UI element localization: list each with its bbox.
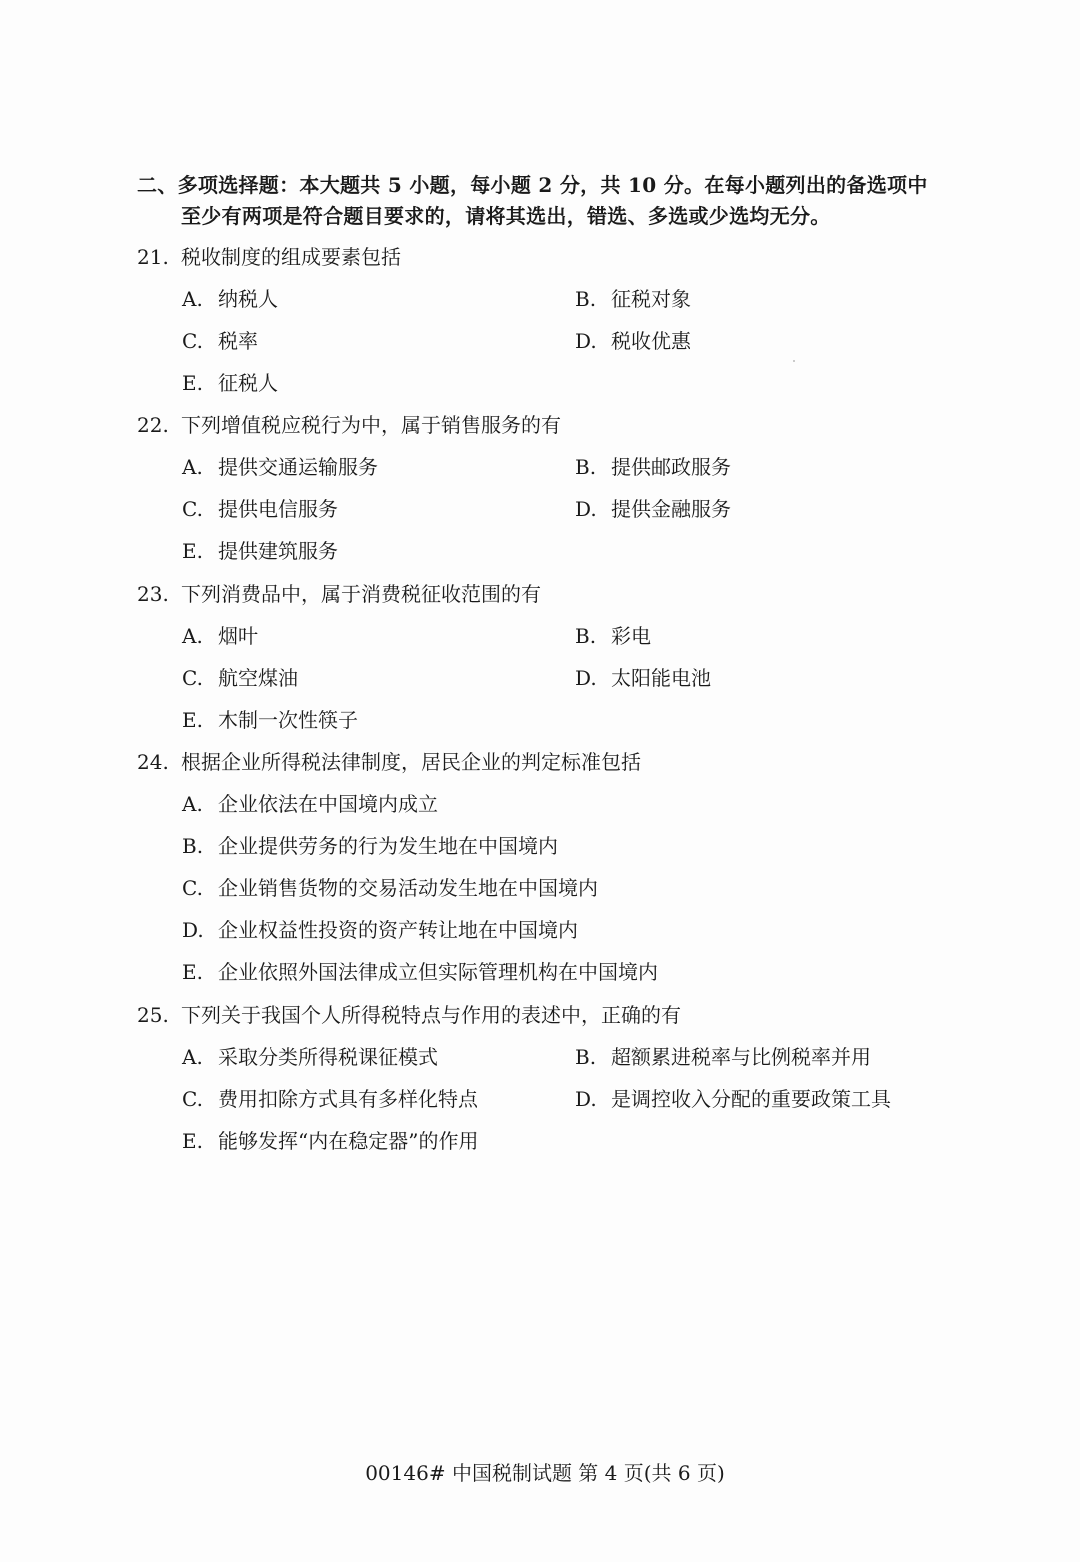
option-c: C.提供电信服务	[182, 488, 575, 530]
scan-speck	[793, 360, 795, 362]
option-b: B.征税对象	[575, 278, 691, 320]
question-stem: 22.下列增值税应税行为中，属于销售服务的有	[137, 404, 977, 446]
question-22: 22.下列增值税应税行为中，属于销售服务的有 A.提供交通运输服务 B.提供邮政…	[137, 404, 977, 572]
question-number: 23.	[137, 573, 181, 615]
page-footer: 00146# 中国税制试题 第 4 页(共 6 页)	[0, 1458, 1080, 1488]
option-b: B.企业提供劳务的行为发生地在中国境内	[182, 825, 972, 867]
option-c: C.企业销售货物的交易活动发生地在中国境内	[182, 867, 972, 909]
question-number: 22.	[137, 404, 181, 446]
option-c: C.税率	[182, 320, 575, 362]
option-d: D.企业权益性投资的资产转让地在中国境内	[182, 909, 972, 951]
question-stem: 24.根据企业所得税法律制度，居民企业的判定标准包括	[137, 741, 977, 783]
option-d: D.税收优惠	[575, 320, 691, 362]
option-c: C.航空煤油	[182, 657, 575, 699]
option-a: A.烟叶	[182, 615, 575, 657]
question-number: 21.	[137, 236, 181, 278]
option-e: E.企业依照外国法律成立但实际管理机构在中国境内	[182, 951, 972, 993]
option-b: B.彩电	[575, 615, 651, 657]
option-a: A.纳税人	[182, 278, 575, 320]
option-d: D.太阳能电池	[575, 657, 711, 699]
option-e: E.提供建筑服务	[182, 530, 972, 572]
question-23: 23.下列消费品中，属于消费税征收范围的有 A.烟叶 B.彩电 C.航空煤油 D…	[137, 573, 977, 741]
question-25: 25.下列关于我国个人所得税特点与作用的表述中，正确的有 A.采取分类所得税课征…	[137, 994, 977, 1162]
question-number: 25.	[137, 994, 181, 1036]
question-24: 24.根据企业所得税法律制度，居民企业的判定标准包括 A.企业依法在中国境内成立…	[137, 741, 977, 993]
option-e: E.征税人	[182, 362, 972, 404]
question-stem: 23.下列消费品中，属于消费税征收范围的有	[137, 573, 977, 615]
question-text: 根据企业所得税法律制度，居民企业的判定标准包括	[181, 750, 641, 774]
question-stem: 21.税收制度的组成要素包括	[137, 236, 977, 278]
section-header-line1: 二、多项选择题：本大题共 5 小题，每小题 2 分，共 10 分。在每小题列出的…	[137, 173, 928, 197]
option-a: A.采取分类所得税课征模式	[182, 1036, 575, 1078]
option-c: C.费用扣除方式具有多样化特点	[182, 1078, 575, 1120]
question-stem: 25.下列关于我国个人所得税特点与作用的表述中，正确的有	[137, 994, 977, 1036]
question-text: 下列关于我国个人所得税特点与作用的表述中，正确的有	[181, 1003, 681, 1027]
option-d: D.是调控收入分配的重要政策工具	[575, 1078, 891, 1120]
option-a: A.提供交通运输服务	[182, 446, 575, 488]
option-b: B.提供邮政服务	[575, 446, 731, 488]
exam-page: 二、多项选择题：本大题共 5 小题，每小题 2 分，共 10 分。在每小题列出的…	[0, 0, 1080, 1562]
option-e: E.能够发挥“内在稳定器”的作用	[182, 1120, 972, 1162]
question-text: 下列增值税应税行为中，属于销售服务的有	[181, 413, 561, 437]
section-header: 二、多项选择题：本大题共 5 小题，每小题 2 分，共 10 分。在每小题列出的…	[137, 170, 977, 232]
question-number: 24.	[137, 741, 181, 783]
question-text: 下列消费品中，属于消费税征收范围的有	[181, 582, 541, 606]
option-b: B.超额累进税率与比例税率并用	[575, 1036, 871, 1078]
option-e: E.木制一次性筷子	[182, 699, 972, 741]
option-a: A.企业依法在中国境内成立	[182, 783, 972, 825]
option-d: D.提供金融服务	[575, 488, 731, 530]
question-text: 税收制度的组成要素包括	[181, 245, 401, 269]
section-header-line2: 至少有两项是符合题目要求的，请将其选出，错选、多选或少选均无分。	[137, 201, 977, 232]
question-21: 21.税收制度的组成要素包括 A.纳税人 B.征税对象 C.税率 D.税收优惠 …	[137, 236, 977, 404]
